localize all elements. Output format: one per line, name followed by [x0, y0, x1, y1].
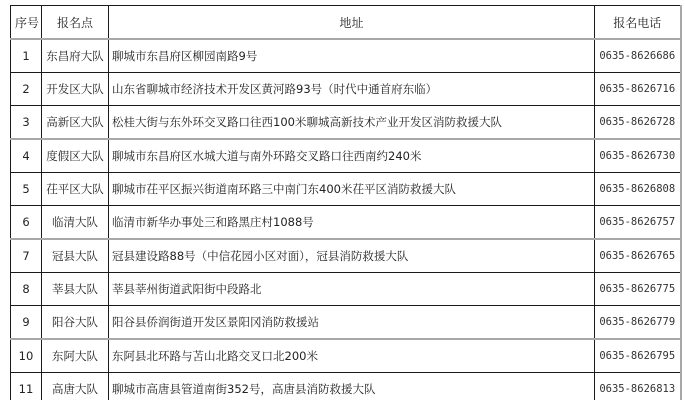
cell-serial-number: 9	[11, 306, 42, 340]
table-header-row: 序号 报名点 地址 报名电话	[11, 6, 681, 40]
cell-address: 聊城市东昌府区柳园南路9号	[109, 39, 595, 73]
cell-address: 阳谷县侨润街道开发区景阳冈消防救援站	[109, 306, 595, 340]
cell-address: 松桂大街与东外环交叉路口往西100米聊城高新技术产业开发区消防救援大队	[109, 106, 595, 140]
cell-serial-number: 10	[11, 339, 42, 373]
table-row: 8 莘县大队 莘县莘州街道武阳街中段路北 0635-8626775	[11, 273, 681, 306]
table-row: 1 东昌府大队 聊城市东昌府区柳园南路9号 0635-8626686	[11, 39, 681, 73]
cell-serial-number: 7	[11, 239, 42, 273]
cell-address: 山东省聊城市经济技术开发区黄河路93号（时代中通首府东临）	[109, 73, 595, 106]
cell-address: 聊城市茌平区振兴街道南环路三中南门东400米茌平区消防救援大队	[109, 173, 595, 206]
cell-phone: 0635-8626716	[595, 73, 681, 106]
table-row: 6 临清大队 临清市新华办事处三和路黑庄村1088号 0635-8626757	[11, 206, 681, 240]
cell-address: 聊城市东昌府区水城大道与南外环路交叉路口往西南约240米	[109, 139, 595, 173]
cell-registration-point: 阳谷大队	[42, 306, 109, 340]
table-row: 11 高唐大队 聊城市高唐县管道南街352号，高唐县消防救援大队 0635-86…	[11, 373, 681, 400]
header-phone: 报名电话	[595, 6, 681, 40]
cell-phone: 0635-8626775	[595, 273, 681, 306]
cell-phone: 0635-8626728	[595, 106, 681, 140]
cell-phone: 0635-8626795	[595, 339, 681, 373]
header-serial-number: 序号	[11, 6, 42, 40]
table-row: 4 度假区大队 聊城市东昌府区水城大道与南外环路交叉路口往西南约240米 063…	[11, 139, 681, 173]
cell-registration-point: 开发区大队	[42, 73, 109, 106]
cell-address: 莘县莘州街道武阳街中段路北	[109, 273, 595, 306]
table-row: 3 高新区大队 松桂大街与东外环交叉路口往西100米聊城高新技术产业开发区消防救…	[11, 106, 681, 140]
cell-serial-number: 8	[11, 273, 42, 306]
cell-address: 聊城市高唐县管道南街352号，高唐县消防救援大队	[109, 373, 595, 400]
cell-registration-point: 莘县大队	[42, 273, 109, 306]
cell-phone: 0635-8626765	[595, 239, 681, 273]
cell-registration-point: 东阿大队	[42, 339, 109, 373]
table-row: 9 阳谷大队 阳谷县侨润街道开发区景阳冈消防救援站 0635-8626779	[11, 306, 681, 340]
cell-registration-point: 冠县大队	[42, 239, 109, 273]
cell-address: 东阿县北环路与苫山北路交叉口北200米	[109, 339, 595, 373]
cell-registration-point: 高新区大队	[42, 106, 109, 140]
cell-phone: 0635-8626808	[595, 173, 681, 206]
cell-serial-number: 5	[11, 173, 42, 206]
table-row: 5 茌平区大队 聊城市茌平区振兴街道南环路三中南门东400米茌平区消防救援大队 …	[11, 173, 681, 206]
table-row: 7 冠县大队 冠县建设路88号（中信花园小区对面），冠县消防救援大队 0635-…	[11, 239, 681, 273]
cell-address: 临清市新华办事处三和路黑庄村1088号	[109, 206, 595, 240]
cell-registration-point: 高唐大队	[42, 373, 109, 400]
cell-phone: 0635-8626730	[595, 139, 681, 173]
cell-registration-point: 东昌府大队	[42, 39, 109, 73]
header-address: 地址	[109, 6, 595, 40]
cell-registration-point: 度假区大队	[42, 139, 109, 173]
cell-serial-number: 6	[11, 206, 42, 240]
cell-phone: 0635-8626813	[595, 373, 681, 400]
cell-serial-number: 4	[11, 139, 42, 173]
cell-phone: 0635-8626686	[595, 39, 681, 73]
registration-points-sheet: 序号 报名点 地址 报名电话 1 东昌府大队 聊城市东昌府区柳园南路9号 063…	[10, 5, 680, 400]
cell-registration-point: 茌平区大队	[42, 173, 109, 206]
registration-points-table: 序号 报名点 地址 报名电话 1 东昌府大队 聊城市东昌府区柳园南路9号 063…	[10, 5, 682, 400]
cell-phone: 0635-8626779	[595, 306, 681, 340]
table-row: 10 东阿大队 东阿县北环路与苫山北路交叉口北200米 0635-8626795	[11, 339, 681, 373]
cell-serial-number: 11	[11, 373, 42, 400]
header-registration-point: 报名点	[42, 6, 109, 40]
cell-serial-number: 1	[11, 39, 42, 73]
cell-registration-point: 临清大队	[42, 206, 109, 240]
table-row: 2 开发区大队 山东省聊城市经济技术开发区黄河路93号（时代中通首府东临） 06…	[11, 73, 681, 106]
cell-phone: 0635-8626757	[595, 206, 681, 240]
cell-address: 冠县建设路88号（中信花园小区对面），冠县消防救援大队	[109, 239, 595, 273]
cell-serial-number: 3	[11, 106, 42, 140]
cell-serial-number: 2	[11, 73, 42, 106]
